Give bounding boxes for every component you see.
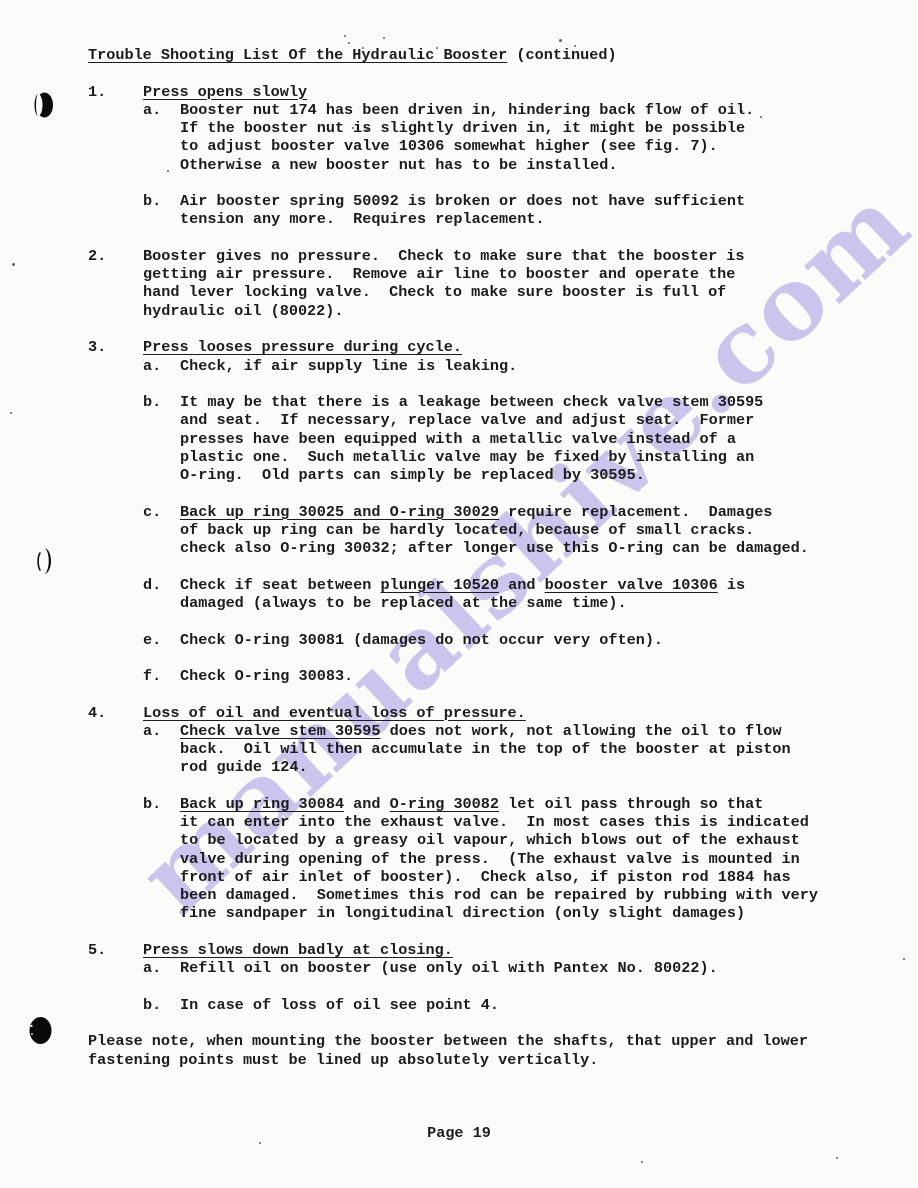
underlined-text: Back up ring 30084 (180, 795, 344, 813)
text: Booster nut 174 has been driven in, hind… (180, 101, 754, 119)
item-body: Loss of oil and eventual loss of pressur… (143, 704, 868, 923)
text-line: It may be that there is a leakage betwee… (180, 393, 868, 411)
text: back. Oil will then accumulate in the to… (180, 740, 791, 758)
sub-item-b: b.Air booster spring 50092 is broken or … (143, 192, 868, 229)
sub-item-letter: b. (143, 192, 180, 229)
text: does not work, not allowing the oil to f… (381, 722, 782, 740)
text-line: been damaged. Sometimes this rod can be … (180, 886, 868, 904)
text-line: tension any more. Requires replacement. (180, 210, 868, 228)
scan-speck (344, 35, 346, 37)
list-item-1: 1.Press opens slowlya.Booster nut 174 ha… (88, 83, 868, 229)
text: Check O-ring 30083. (180, 667, 353, 685)
text: (continued) (507, 46, 616, 64)
sub-item-c: c.Back up ring 30025 and O-ring 30029 re… (143, 503, 868, 558)
underlined-text: Trouble Shooting List Of the Hydraulic B… (88, 46, 507, 64)
text: Check if seat between (180, 576, 381, 594)
text-line: damaged (always to be replaced at the sa… (180, 594, 868, 612)
underlined-text: Check valve stem 30595 (180, 722, 381, 740)
text: It may be that there is a leakage betwee… (180, 393, 763, 411)
scan-speck (10, 412, 12, 414)
underlined-text: Press looses pressure during cycle. (143, 338, 462, 356)
item-text-line: getting air pressure. Remove air line to… (143, 265, 868, 283)
scanned-page: manualshive.com Trouble Shooting List Of… (0, 0, 918, 1188)
text-line: fine sandpaper in longitudinal direction… (180, 904, 868, 922)
sub-item-d: d.Check if seat between plunger 10520 an… (143, 576, 868, 613)
underlined-text: Loss of oil and eventual loss of pressur… (143, 704, 526, 722)
text: rod guide 124. (180, 758, 308, 776)
underlined-text: Back up ring 30025 and O-ring 30029 (180, 503, 499, 521)
text-line: If the booster nut is slightly driven in… (180, 119, 868, 137)
text: to be located by a greasy oil vapour, wh… (180, 831, 800, 849)
underlined-text: booster valve 10306 (545, 576, 718, 594)
item-body: Press slows down badly at closing.a.Refi… (143, 941, 868, 1014)
list-item-5: 5.Press slows down badly at closing.a.Re… (88, 941, 868, 1014)
text: getting air pressure. Remove air line to… (143, 265, 735, 283)
sub-item-letter: e. (143, 631, 180, 649)
text-line: Air booster spring 50092 is broken or do… (180, 192, 868, 210)
item-body: Press looses pressure during cycle.a.Che… (143, 338, 868, 685)
text: hydraulic oil (80022). (143, 302, 344, 320)
text-line: valve during opening of the press. (The … (180, 850, 868, 868)
sub-item-letter: c. (143, 503, 180, 558)
item-text-line: hydraulic oil (80022). (143, 302, 868, 320)
sub-item-letter: a. (143, 722, 180, 777)
text-line: to adjust booster valve 10306 somewhat h… (180, 137, 868, 155)
text: is (718, 576, 745, 594)
list-item-2: 2.Booster gives no pressure. Check to ma… (88, 247, 868, 320)
note-line: fastening points must be lined up absolu… (88, 1051, 868, 1069)
sub-item-letter: f. (143, 667, 180, 685)
ink-blot-crescent-icon (30, 91, 56, 123)
item-body: Press opens slowlya.Booster nut 174 has … (143, 83, 868, 229)
sub-item-letter: a. (143, 959, 180, 977)
scan-speck (12, 263, 15, 266)
scan-speck (559, 39, 562, 42)
text: Booster gives no pressure. Check to make… (143, 247, 745, 265)
underlined-text: Press slows down badly at closing. (143, 941, 453, 959)
scan-speck (641, 1161, 643, 1163)
scan-speck (383, 37, 385, 39)
sub-item-text: Back up ring 30025 and O-ring 30029 requ… (180, 503, 868, 558)
text: presses have been equipped with a metall… (180, 430, 736, 448)
sub-item-f: f.Check O-ring 30083. (143, 667, 868, 685)
text: hand lever locking valve. Check to make … (143, 283, 726, 301)
list-item-4: 4.Loss of oil and eventual loss of press… (88, 704, 868, 923)
scan-speck (259, 1142, 261, 1144)
text-line: of back up ring can be hardly located, b… (180, 521, 868, 539)
item-number: 2. (88, 247, 143, 320)
text-line: Check if seat between plunger 10520 and … (180, 576, 868, 594)
underlined-text: Press opens slowly (143, 83, 307, 101)
sub-item-text: Check O-ring 30081 (damages do not occur… (180, 631, 868, 649)
sub-item-letter: b. (143, 996, 180, 1014)
text: Check O-ring 30081 (damages do not occur… (180, 631, 663, 649)
note-line: Please note, when mounting the booster b… (88, 1032, 868, 1050)
text-line: plastic one. Such metallic valve may be … (180, 448, 868, 466)
text-line: front of air inlet of booster). Check al… (180, 868, 868, 886)
text-line: and seat. If necessary, replace valve an… (180, 411, 868, 429)
text: Check, if air supply line is leaking. (180, 357, 517, 375)
text: it can enter into the exhaust valve. In … (180, 813, 809, 831)
scan-speck (836, 1157, 838, 1159)
scan-speck (348, 42, 350, 44)
page-title: Trouble Shooting List Of the Hydraulic B… (88, 46, 868, 64)
document-content: Trouble Shooting List Of the Hydraulic B… (88, 46, 868, 1069)
text-line: In case of loss of oil see point 4. (180, 996, 868, 1014)
text: let oil pass through so that (499, 795, 763, 813)
text: front of air inlet of booster). Check al… (180, 868, 791, 886)
item-heading: Loss of oil and eventual loss of pressur… (143, 704, 868, 722)
text-line: Back up ring 30084 and O-ring 30082 let … (180, 795, 868, 813)
sub-item-text: Back up ring 30084 and O-ring 30082 let … (180, 795, 868, 923)
sub-item-text: Check if seat between plunger 10520 and … (180, 576, 868, 613)
list-item-3: 3.Press looses pressure during cycle.a.C… (88, 338, 868, 685)
sub-item-text: Booster nut 174 has been driven in, hind… (180, 101, 868, 174)
text: O-ring. Old parts can simply be replaced… (180, 466, 645, 484)
text: and seat. If necessary, replace valve an… (180, 411, 754, 429)
text: tension any more. Requires replacement. (180, 210, 545, 228)
text-line: to be located by a greasy oil vapour, wh… (180, 831, 868, 849)
text: and (499, 576, 545, 594)
sub-item-a: a.Booster nut 174 has been driven in, hi… (143, 101, 868, 174)
item-text-line: hand lever locking valve. Check to make … (143, 283, 868, 301)
text-line: Refill oil on booster (use only oil with… (180, 959, 868, 977)
sub-item-letter: a. (143, 357, 180, 375)
text-line: Check valve stem 30595 does not work, no… (180, 722, 868, 740)
item-number: 1. (88, 83, 143, 229)
item-heading: Press slows down badly at closing. (143, 941, 868, 959)
item-number: 4. (88, 704, 143, 923)
text: Air booster spring 50092 is broken or do… (180, 192, 745, 210)
sub-item-letter: a. (143, 101, 180, 174)
text: check also O-ring 30032; after longer us… (180, 539, 809, 557)
text-line: Otherwise a new booster nut has to be in… (180, 156, 868, 174)
text: fastening points must be lined up absolu… (88, 1051, 598, 1069)
sub-item-a: a.Refill oil on booster (use only oil wi… (143, 959, 868, 977)
text: to adjust booster valve 10306 somewhat h… (180, 137, 718, 155)
underlined-text: plunger 10520 (381, 576, 499, 594)
text: been damaged. Sometimes this rod can be … (180, 886, 818, 904)
sub-item-a: a.Check, if air supply line is leaking. (143, 357, 868, 375)
text: If the booster nut is slightly driven in… (180, 119, 745, 137)
text: Please note, when mounting the booster b… (88, 1032, 808, 1050)
text: plastic one. Such metallic valve may be … (180, 448, 754, 466)
item-heading: Press opens slowly (143, 83, 868, 101)
item-text-line: Booster gives no pressure. Check to make… (143, 247, 868, 265)
sub-item-letter: d. (143, 576, 180, 613)
text-line: check also O-ring 30032; after longer us… (180, 539, 868, 557)
ink-crescent-pair-icon (32, 545, 58, 577)
text: Otherwise a new booster nut has to be in… (180, 156, 617, 174)
text: Refill oil on booster (use only oil with… (180, 959, 718, 977)
sub-item-text: Air booster spring 50092 is broken or do… (180, 192, 868, 229)
sub-item-letter: b. (143, 393, 180, 484)
text-line: Back up ring 30025 and O-ring 30029 requ… (180, 503, 868, 521)
sub-item-e: e.Check O-ring 30081 (damages do not occ… (143, 631, 868, 649)
text: In case of loss of oil see point 4. (180, 996, 499, 1014)
sub-item-text: Check, if air supply line is leaking. (180, 357, 868, 375)
sub-item-b: b.In case of loss of oil see point 4. (143, 996, 868, 1014)
text-line: Check, if air supply line is leaking. (180, 357, 868, 375)
sub-item-b: b.Back up ring 30084 and O-ring 30082 le… (143, 795, 868, 923)
sub-item-text: Check O-ring 30083. (180, 667, 868, 685)
sub-item-text: Check valve stem 30595 does not work, no… (180, 722, 868, 777)
sub-item-text: It may be that there is a leakage betwee… (180, 393, 868, 484)
ink-blot-solid-icon (27, 1015, 55, 1049)
document-items: 1.Press opens slowlya.Booster nut 174 ha… (88, 83, 868, 1015)
text-line: back. Oil will then accumulate in the to… (180, 740, 868, 758)
text-line: Check O-ring 30081 (damages do not occur… (180, 631, 868, 649)
item-body: Booster gives no pressure. Check to make… (143, 247, 868, 320)
page-number: Page 19 (0, 1124, 918, 1142)
sub-item-b: b.It may be that there is a leakage betw… (143, 393, 868, 484)
sub-item-text: In case of loss of oil see point 4. (180, 996, 868, 1014)
text-line: Check O-ring 30083. (180, 667, 868, 685)
text: fine sandpaper in longitudinal direction… (180, 904, 745, 922)
item-number: 5. (88, 941, 143, 1014)
text-line: it can enter into the exhaust valve. In … (180, 813, 868, 831)
text: valve during opening of the press. (The … (180, 850, 800, 868)
sub-item-a: a.Check valve stem 30595 does not work, … (143, 722, 868, 777)
text-line: O-ring. Old parts can simply be replaced… (180, 466, 868, 484)
note-paragraph: Please note, when mounting the booster b… (88, 1032, 868, 1069)
scan-speck (903, 958, 905, 960)
sub-item-letter: b. (143, 795, 180, 923)
text-line: presses have been equipped with a metall… (180, 430, 868, 448)
text: of back up ring can be hardly located, b… (180, 521, 754, 539)
text: and (344, 795, 390, 813)
item-number: 3. (88, 338, 143, 685)
text: require replacement. Damages (499, 503, 772, 521)
underlined-text: O-ring 30082 (390, 795, 499, 813)
sub-item-text: Refill oil on booster (use only oil with… (180, 959, 868, 977)
text-line: Booster nut 174 has been driven in, hind… (180, 101, 868, 119)
item-heading: Press looses pressure during cycle. (143, 338, 868, 356)
text: damaged (always to be replaced at the sa… (180, 594, 627, 612)
text-line: rod guide 124. (180, 758, 868, 776)
